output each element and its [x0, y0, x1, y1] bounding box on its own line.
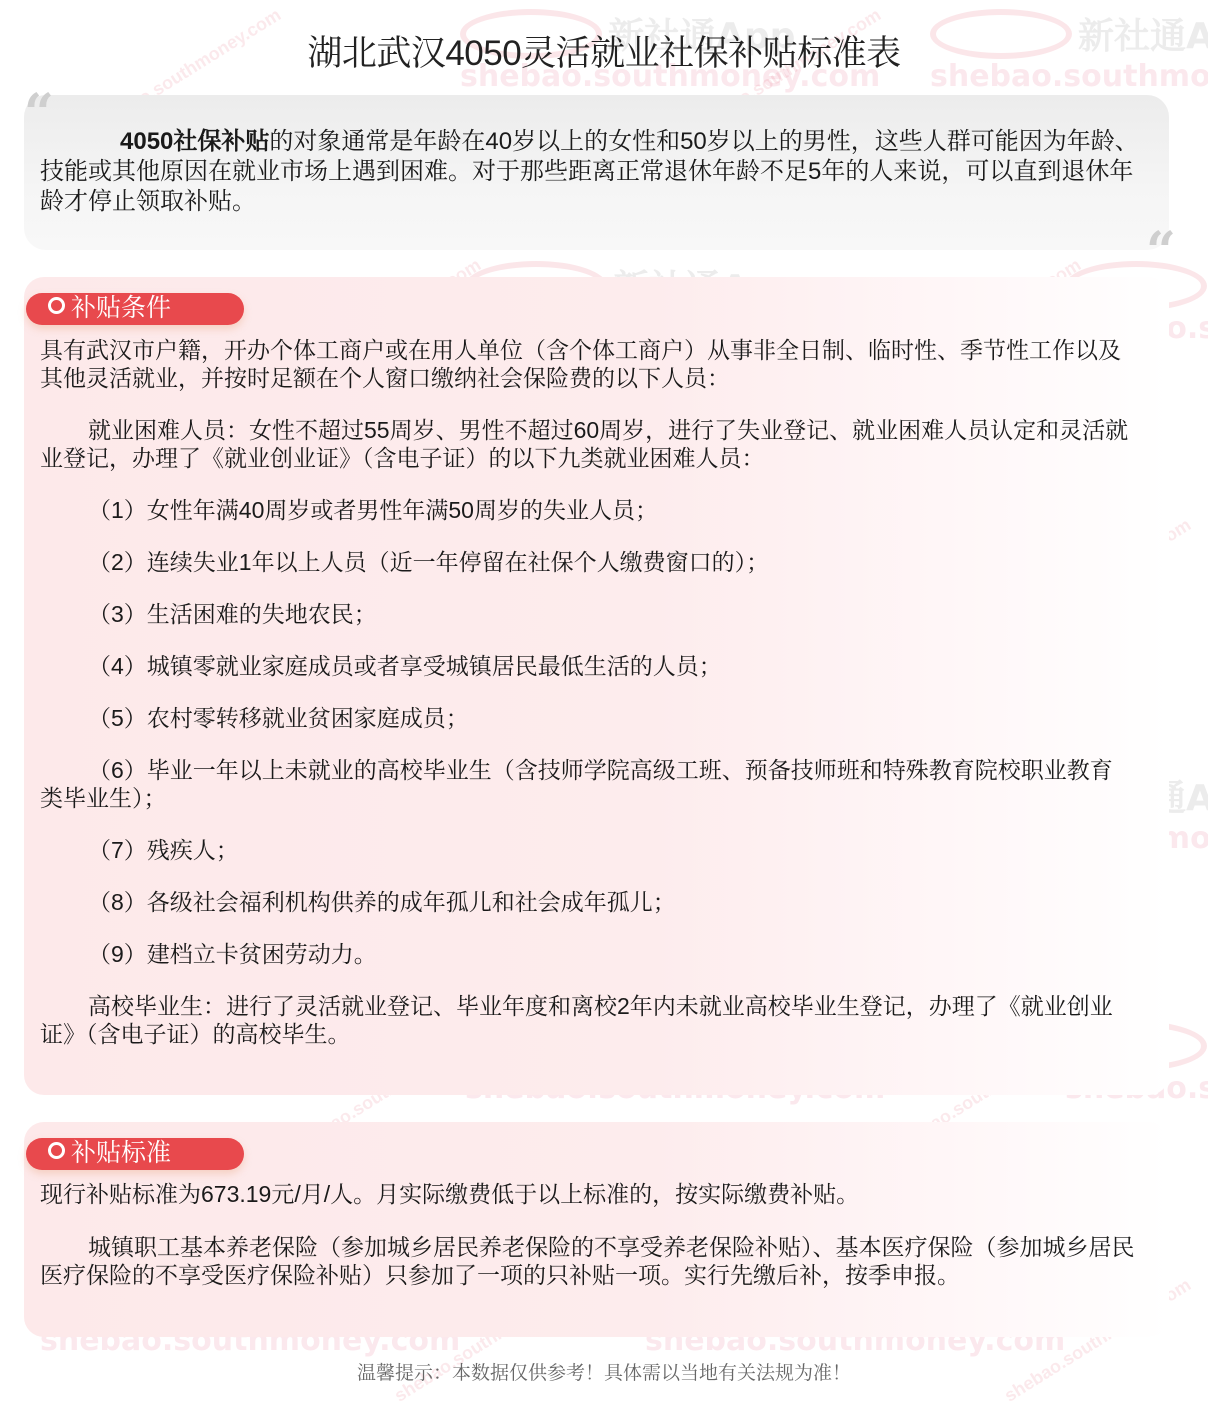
list-item: （4）城镇零就业家庭成员或者享受城镇居民最低生活的人员； — [40, 652, 1135, 680]
list-item: （1）女性年满40周岁或者男性年满50周岁的失业人员； — [40, 496, 1135, 524]
list-item: （5）农村零转移就业贫困家庭成员； — [40, 704, 1135, 732]
circle-icon — [48, 297, 65, 314]
paragraph: 高校毕业生：进行了灵活就业登记、毕业年度和离校2年内未就业高校毕业生登记，办理了… — [40, 992, 1135, 1048]
section-panel-conditions — [24, 277, 1169, 1095]
footer-notice: 温馨提示：本数据仅供参考！具体需以当地有关法规为准！ — [0, 1358, 1208, 1385]
list-item: （2）连续失业1年以上人员（近一年停留在社保个人缴费窗口的）； — [40, 548, 1135, 576]
section-heading-conditions: 补贴条件 — [26, 293, 244, 325]
list-item: （6）毕业一年以上未就业的高校毕业生（含技师学院高级工班、预备技师班和特殊教育院… — [40, 756, 1135, 812]
intro-text: 4050社保补贴的对象通常是年龄在40岁以上的女性和50岁以上的男性，这些人群可… — [40, 127, 1140, 217]
paragraph: 就业困难人员：女性不超过55周岁、男性不超过60周岁，进行了失业登记、就业困难人… — [40, 416, 1135, 472]
section-heading-standard: 补贴标准 — [26, 1138, 244, 1170]
list-item: （7）残疾人； — [40, 836, 1135, 864]
paragraph: 现行补贴标准为673.19元/月/人。月实际缴费低于以上标准的，按实际缴费补贴。 — [40, 1180, 1135, 1208]
paragraph: 城镇职工基本养老保险（参加城乡居民养老保险的不享受养老保险补贴）、基本医疗保险（… — [40, 1233, 1135, 1289]
circle-icon — [48, 1142, 65, 1159]
page-title: 湖北武汉4050灵活就业社保补贴标准表 — [0, 26, 1208, 76]
quote-close-icon: “ — [1146, 226, 1176, 278]
list-item: （3）生活困难的失地农民； — [40, 600, 1135, 628]
list-item: （8）各级社会福利机构供养的成年孤儿和社会成年孤儿； — [40, 888, 1135, 916]
paragraph: 具有武汉市户籍，开办个体工商户或在用人单位（含个体工商户）从事非全日制、临时性、… — [40, 336, 1135, 392]
list-item: （9）建档立卡贫困劳动力。 — [40, 940, 1135, 968]
intro-bold-lead: 4050社保补贴 — [120, 128, 269, 155]
